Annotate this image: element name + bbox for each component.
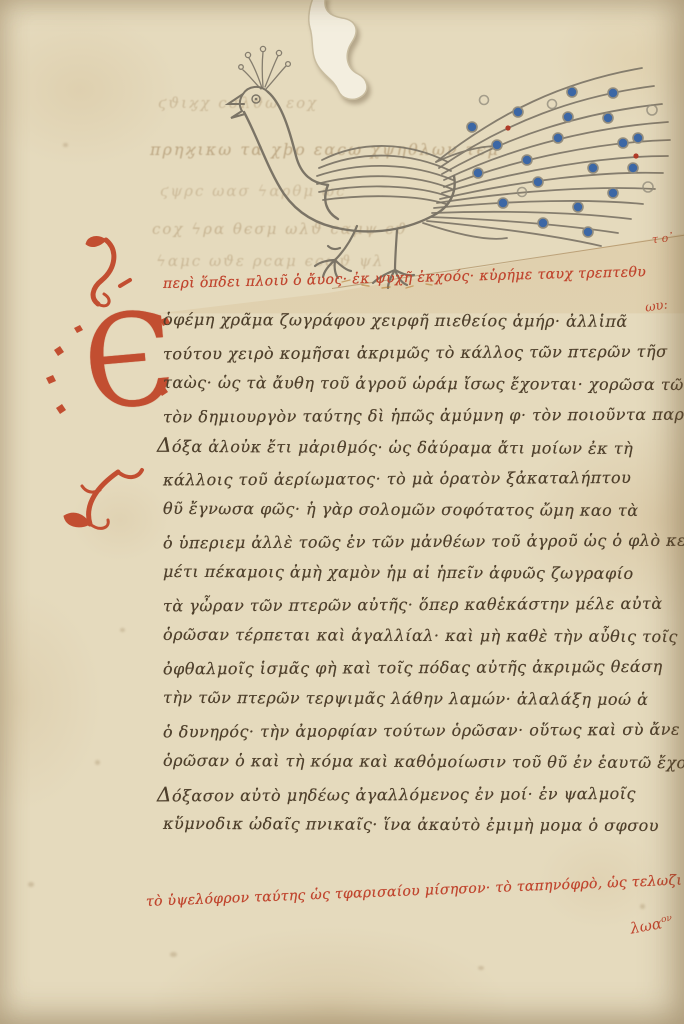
foxing-spot: [63, 143, 68, 147]
text-line: ὁ ὑπεριεμ ἀλλὲ τοῶς ἐν τῶν μἀνθέων τοῦ ἀ…: [163, 524, 684, 558]
margin-note-top: τ ο᾽: [651, 231, 674, 246]
peacock-body: [228, 46, 670, 288]
manuscript-page: ϛϑιϗχ ϲσλϑω εοχ πρηϗικω τα χϸο εαϲω χψηθ…: [0, 0, 684, 1024]
text-line: Δόξασον αὐτὸ μηδέως ἀγαλλόμενος ἐν μοί· …: [157, 776, 684, 810]
text-line: ὁ δυνηρός· τὴν ἀμορφίαν τούτων ὁρῶσαν· ο…: [163, 713, 684, 747]
foxing-spot: [640, 904, 645, 909]
text-line: θῦ ἔγνωσα φῶς· ἡ γὰρ σολομῶν σοφότατος ὤ…: [163, 493, 684, 527]
text-line: ὁφέμη χρᾶμα ζωγράφου χειρφῆ πιεθείος ἁμή…: [163, 304, 684, 338]
text-line: τὰ γὦραν τῶν πτερῶν αὐτῆς· ὅπερ καθἑκάστ…: [163, 587, 684, 621]
peacock-illustration: [222, 42, 678, 292]
text-line: κάλλοις τοῦ ἀερίωματος· τὸ μὰ ὁρατὸν ξἀκ…: [163, 461, 684, 495]
parchment-hole: [296, 0, 406, 116]
peacock-head: [228, 87, 268, 118]
text-line: ὀφθαλμοῖς ἱσμᾶς φὴ καὶ τοῖς πόδας αὐτῆς …: [163, 650, 684, 684]
text-line: κὕμνοδικ ὠδαῖς πνικαῖς· ἵνα ἀκαὐτὸ ἐμιμὴ…: [163, 808, 684, 842]
text-line: τὴν τῶν πτερῶν τερψιμᾶς λάθην λαμών· ἀλα…: [163, 682, 684, 716]
text-line: ὁρῶσαν ὁ καὶ τὴ κόμα καὶ καθὁμοίωσιν τοῦ…: [163, 745, 684, 779]
text-line: τούτου χειρὸ κομῆσαι ἀκριμῶς τὸ κάλλος τ…: [163, 335, 684, 369]
foxing-spot: [170, 952, 177, 957]
text-line: τὸν δημιουργὸν ταύτης δὶ ἡπῶς ἀμύμνη φ· …: [163, 398, 684, 432]
peacock-eyespots: [467, 87, 657, 237]
foxing-spot: [28, 882, 34, 887]
peacock-crest: [239, 46, 291, 89]
foxing-spot: [478, 966, 484, 970]
text-line: μέτι πέκαμοις ἀμὴ χαμὸν ἡμ αἰ ἡπεῖν ἀφυῶ…: [163, 556, 684, 590]
text-line: ὁρῶσαν τέρπεται καὶ ἀγαλλίαλ· καὶ μὴ καθ…: [163, 619, 684, 653]
main-text-block: ὁφέμη χρᾶμα ζωγράφου χειρφῆ πιεθείος ἁμή…: [163, 305, 684, 841]
text-line: ταὼς· ὡς τὰ ἄυθη τοῦ ἀγροῦ ὡράμ ἴσως ἔχο…: [163, 367, 684, 401]
text-line: Δόξα ἀλοὐκ ἔτι μἀριθμός· ὡς δἀύραμα ἄτι …: [157, 430, 684, 464]
foxing-spot: [120, 628, 125, 632]
peacock-wing: [317, 146, 453, 204]
colophon-tail-superscript: ον: [660, 913, 672, 925]
foxing-spot: [95, 760, 100, 765]
